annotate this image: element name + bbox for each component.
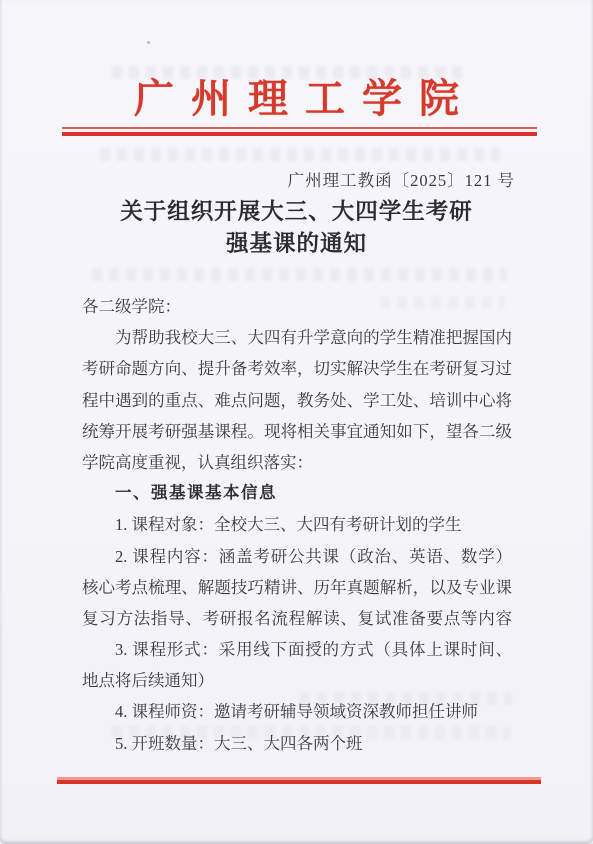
body-line: 学院高度重视，认真组织落实： (82, 447, 512, 478)
body-line: 为帮助我校大三、大四有升学意向的学生精准把握国内 (82, 322, 512, 353)
list-item-5: 5. 开班数量：大三、大四各两个班 (82, 728, 512, 759)
body-line: 复习方法指导、考研报名流程解读、复试准备要点等内容 (82, 603, 512, 634)
body-line: 地点将后续通知） (82, 665, 512, 696)
notice-body: 各二级学院： 为帮助我校大三、大四有升学意向的学生精准把握国内 考研命题方向、提… (82, 291, 512, 759)
notice-title-line-2: 强基课的通知 (0, 228, 593, 260)
list-item-2: 2. 课程内容：涵盖考研公共课（政治、英语、数学） (82, 541, 512, 572)
letterhead: 广州理工学院 (0, 74, 593, 124)
scanned-notice-page: 广州理工学院 广州理工教函〔2025〕121 号 关于组织开展大三、大四学生考研… (0, 0, 593, 844)
list-item-4: 4. 课程师资：邀请考研辅导领域资深教师担任讲师 (82, 696, 512, 727)
scan-speck-artifact (147, 41, 150, 44)
notice-title-line-1: 关于组织开展大三、大四学生考研 (0, 196, 593, 228)
body-line: 核心考点梳理、解题技巧精讲、历年真题解析，以及专业课 (82, 572, 512, 603)
list-item-3: 3. 课程形式：采用线下面授的方式（具体上课时间、 (82, 634, 512, 665)
notice-title: 关于组织开展大三、大四学生考研 强基课的通知 (0, 196, 593, 260)
list-item-1: 1. 课程对象：全校大三、大四有考研计划的学生 (82, 509, 512, 540)
footer-divider-line (57, 777, 541, 784)
section-heading: 一、强基课基本信息 (82, 478, 512, 509)
salutation: 各二级学院： (82, 291, 512, 322)
bleed-through-artifact (100, 148, 500, 161)
header-divider-line (62, 127, 537, 136)
body-line: 统筹开展考研强基课程。现将相关事宜通知如下，望各二级 (82, 416, 512, 447)
body-line: 考研命题方向、提升备考效率，切实解决学生在考研复习过 (82, 353, 512, 384)
body-line: 程中遇到的重点、难点问题，教务处、学工处、培训中心将 (82, 385, 512, 416)
bleed-through-artifact (92, 268, 507, 281)
doc-number: 广州理工教函〔2025〕121 号 (288, 167, 515, 191)
